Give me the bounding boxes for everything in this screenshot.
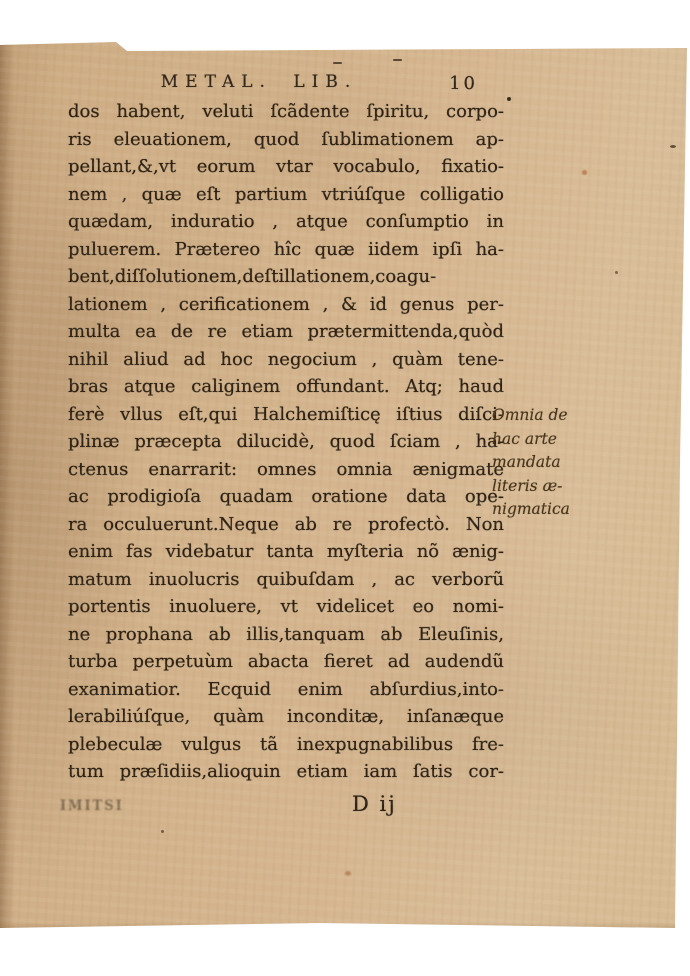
ink-speck bbox=[670, 145, 676, 148]
scanned-book-page: METAL. LIB. 10 dos habent, veluti ſcãden… bbox=[0, 0, 690, 976]
signature-mark: D ij bbox=[352, 792, 397, 816]
body-line: pellant,&,vt eorum vtar vocabulo, fixati… bbox=[68, 153, 504, 181]
body-line: ra occuluerunt.Neque ab re profectò. Non bbox=[68, 511, 504, 539]
body-line: multa ea de re etiam prætermittenda,quòd bbox=[68, 318, 504, 346]
body-line: lationem , cerificationem , & id genus p… bbox=[68, 291, 504, 319]
body-line: ris eleuationem, quod ſublimationem ap- bbox=[68, 126, 504, 154]
body-line: plebeculæ vulgus tã inexpugnabilibus fre… bbox=[68, 731, 504, 759]
body-line: bent,diſſolutionem,deſtillationem,coagu- bbox=[68, 263, 504, 291]
body-line: quædam, induratio , atque conſumptio in bbox=[68, 208, 504, 236]
ink-speck bbox=[161, 830, 164, 833]
body-line: puluerem. Prætereo hîc quæ iidem ipſi ha… bbox=[68, 236, 504, 264]
body-line: enim fas videbatur tanta myſteria nõ æni… bbox=[68, 538, 504, 566]
page-bottom-shadow bbox=[0, 922, 690, 932]
body-line: portentis inuoluere, vt videlicet eo nom… bbox=[68, 593, 504, 621]
body-line: exanimatior. Ecquid enim abſurdius,into- bbox=[68, 676, 504, 704]
body-line: ne prophana ab illis,tanquam ab Eleuſini… bbox=[68, 621, 504, 649]
stamp-mark: IMITSI bbox=[60, 799, 124, 815]
ink-speck bbox=[615, 271, 618, 274]
showthrough-mark bbox=[393, 59, 402, 61]
paper-leaf: METAL. LIB. 10 dos habent, veluti ſcãden… bbox=[0, 42, 690, 932]
body-line: lerabiliúſque, quàm inconditæ, inſanæque bbox=[68, 703, 504, 731]
body-line: plinæ præcepta dilucidè, quod ſciam , ha… bbox=[68, 428, 504, 456]
body-line: dos habent, veluti ſcãdente ſpiritu, cor… bbox=[68, 98, 504, 126]
body-text-block: dos habent, veluti ſcãdente ſpiritu, cor… bbox=[68, 98, 504, 786]
body-line: nihil aliud ad hoc negocium , quàm tene- bbox=[68, 346, 504, 374]
rust-speck bbox=[582, 170, 587, 175]
body-line: tum præſidiis,alioquin etiam iam ſatis c… bbox=[68, 758, 504, 786]
margin-note-line: mandata bbox=[492, 451, 602, 475]
body-line: nem , quæ eſt partium vtriúſque colligat… bbox=[68, 181, 504, 209]
margin-note-line: nigmatica bbox=[492, 498, 602, 522]
margin-note-line: literis æ- bbox=[492, 475, 602, 499]
page-gutter-shadow bbox=[0, 42, 15, 932]
rust-speck bbox=[345, 871, 351, 876]
body-line: ferè vllus eſt,qui Halchemiſticę iſtius … bbox=[68, 401, 504, 429]
ink-speck bbox=[507, 97, 511, 101]
running-header: METAL. LIB. 10 bbox=[68, 72, 502, 98]
margin-note-line: Omnia de bbox=[492, 404, 602, 428]
body-line: turba perpetuùm abacta fieret ad audendũ bbox=[68, 648, 504, 676]
running-title: METAL. LIB. bbox=[42, 72, 476, 92]
margin-note: Omnia dehac artemandataliteris æ-nigmati… bbox=[492, 404, 602, 522]
body-line: bras atque caliginem offundant. Atq; hau… bbox=[68, 373, 504, 401]
body-line: ac prodigioſa quadam oratione data ope- bbox=[68, 483, 504, 511]
body-line: matum inuolucris quibuſdam , ac verborũ bbox=[68, 566, 504, 594]
margin-note-line: hac arte bbox=[492, 428, 602, 452]
body-line: ctenus enarrarit: omnes omnia ænigmate bbox=[68, 456, 504, 484]
showthrough-mark bbox=[333, 62, 342, 64]
page-number: 10 bbox=[449, 73, 478, 94]
